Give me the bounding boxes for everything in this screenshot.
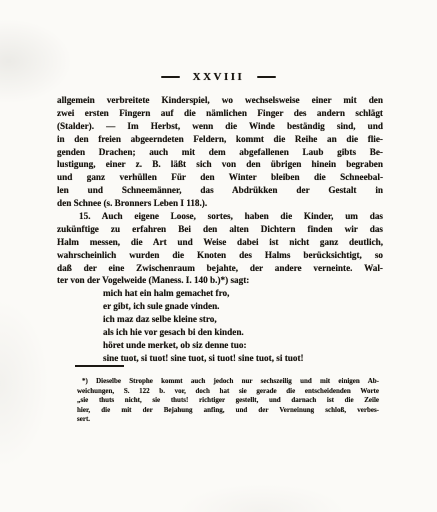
footnote-line: sert. xyxy=(77,415,379,425)
page-header: XXVIII xyxy=(0,71,437,83)
verse-line: als ich hie vor gesach bi den kinden. xyxy=(103,326,383,339)
paragraph-15: 15. Auch eigene Loose, sortes, haben die… xyxy=(57,210,383,287)
scanned-book-page: XXVIII allgemein verbreitete Kinderspiel… xyxy=(0,0,437,512)
text-line: ter von der Vogelweide (Maness. I. 140 b… xyxy=(57,274,383,287)
text-line: 15. Auch eigene Loose, sortes, haben die… xyxy=(57,210,383,223)
text-line: wahrscheinlich wurden die Knoten des Hal… xyxy=(57,249,383,262)
text-line: allgemein verbreitete Kinderspiel, wo we… xyxy=(57,94,383,107)
verse-block: mich hat ein halm gemachet fro,er gibt, … xyxy=(103,287,383,364)
text-line: len und Schneemänner, das Abdrükken der … xyxy=(57,184,383,197)
header-dash-right-icon xyxy=(257,76,276,78)
verse-line: ich maz daz selbe kleine stro, xyxy=(103,313,383,326)
footnote-separator xyxy=(75,365,124,367)
verse-line: er gibt, ich sule gnade vinden. xyxy=(103,300,383,313)
text-line: (Stalder). — Im Herbst, wenn die Winde b… xyxy=(57,120,383,133)
footnote-line: weichungen, S. 122 b. vor, doch hat sie … xyxy=(77,387,379,397)
text-line: genden Drachen; auch mit dem abgefallene… xyxy=(57,146,383,159)
verse-line: sine tuot, si tuot! sine tuot, si tuot! … xyxy=(103,352,383,365)
verse-line: höret unde merket, ob siz denne tuo: xyxy=(103,339,383,352)
footnote-line: hier, die mit der Bejahung anfing, und d… xyxy=(77,406,379,416)
text-line: zwei ersten Fingern auf die nämlichen Fi… xyxy=(57,107,383,120)
text-line: und ganz verhüllen Für den Winter bleibe… xyxy=(57,171,383,184)
paragraph-continuation: allgemein verbreitete Kinderspiel, wo we… xyxy=(57,94,383,210)
body-text: allgemein verbreitete Kinderspiel, wo we… xyxy=(57,94,383,365)
footnote-line: „sie thuts nicht, sie thuts! richtiger g… xyxy=(77,396,379,406)
text-line: daß der eine Zwischenraum bejahte, der a… xyxy=(57,262,383,275)
page-number: XXVIII xyxy=(193,71,245,83)
footnote: *) Dieselbe Strophe kommt auch jedoch nu… xyxy=(77,377,379,425)
text-line: den Schnee (s. Bronners Leben I 118.). xyxy=(57,197,383,210)
footnote-line: *) Dieselbe Strophe kommt auch jedoch nu… xyxy=(77,377,379,387)
header-dash-left-icon xyxy=(161,76,180,78)
verse-line: mich hat ein halm gemachet fro, xyxy=(103,287,383,300)
text-line: zukünftige zu erfahren Bei den alten Dic… xyxy=(57,223,383,236)
text-line: in den freien abgeerndeten Feldern, komm… xyxy=(57,133,383,146)
text-line: Halm messen, die Art und Weise dabei ist… xyxy=(57,236,383,249)
text-line: lustigung, einer z. B. läßt sich von den… xyxy=(57,158,383,171)
